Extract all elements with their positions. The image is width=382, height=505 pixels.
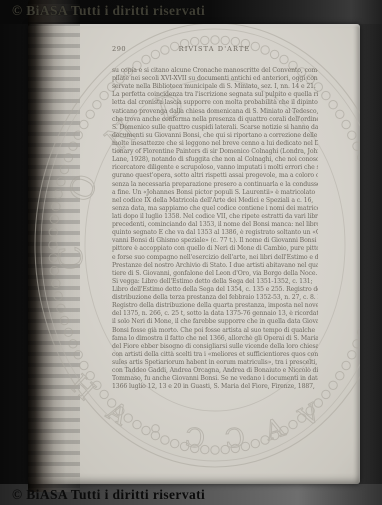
body-text-line: letta dal cronista lascia supporre con m… bbox=[112, 99, 318, 107]
stamp-letter: Ɔ bbox=[224, 423, 247, 455]
body-text-line: lati dopo il luglio 1358. Nel codice VII… bbox=[112, 213, 318, 221]
book-gutter-shadow bbox=[28, 0, 80, 492]
body-text-line: su copia e si citano alcune Cronache man… bbox=[112, 67, 318, 75]
body-text-line: quinto segnato E che va dal 1353 al 1386… bbox=[112, 229, 318, 237]
body-text-line: sules artis Spetiariorum habent in eorum… bbox=[112, 359, 318, 367]
body-text-line: che trova anche conferma nella presenza … bbox=[112, 116, 318, 124]
copyright-watermark-bottom: © BiASA Tutti i diritti riservati bbox=[12, 487, 205, 503]
body-text-line: Lane, 1928), notando di sfuggita che non… bbox=[112, 156, 318, 164]
body-text-line: a fine. Un «Johannes Bonsi pictor populi… bbox=[112, 189, 318, 197]
body-text-line: Tommaso, fu anche Giovanni Bonsi. Se ne … bbox=[112, 375, 318, 383]
body-text-line: La perfetta coincidenza tra l'iscrizione… bbox=[112, 91, 318, 99]
body-text-line: Si vegga: Libro dell'Estimo detto della … bbox=[112, 278, 318, 286]
body-text-line: senza la necessaria preparazione presero… bbox=[112, 181, 318, 189]
body-text-line: gurano quest'opera, sotto altri rispetti… bbox=[112, 172, 318, 180]
running-title: RIVISTA D'ARTE bbox=[112, 45, 317, 53]
stamp-letter: V bbox=[294, 398, 327, 434]
body-text-line: tiere di S. Giovanni, gonfalone del Leon… bbox=[112, 270, 318, 278]
body-text-line: Libro dell'Estimo detto della Sega del 1… bbox=[112, 286, 318, 294]
body-text-line: del Fiore ebber bisogno di consigliarsi … bbox=[112, 343, 318, 351]
body-text-line: molte inesattezze che si leggono nel bre… bbox=[112, 140, 318, 148]
page-header: 290 RIVISTA D'ARTE bbox=[112, 45, 317, 55]
body-text-line: Bonsi fosse già morto. Che poi fosse art… bbox=[112, 327, 318, 335]
body-text-line: fama lo dimostra il fatto che nel 1366, … bbox=[112, 335, 318, 343]
body-text-line: del 1375, n. 266, c. 25 t, sotto la data… bbox=[112, 310, 318, 318]
stamp-letter: Ɔ bbox=[184, 423, 207, 455]
body-text-line: il solo Neri di Mone, il che farebbe sup… bbox=[112, 318, 318, 326]
body-text-line: precedenti, cominciando dal 1353, il nom… bbox=[112, 221, 318, 229]
body-text-line: distribuzione della terza prestanza del … bbox=[112, 294, 318, 302]
body-text-line: pilate nei secoli XVI-XVII su documenti … bbox=[112, 75, 318, 83]
body-text-line: ricercatore diligente e scrupoloso, vann… bbox=[112, 164, 318, 172]
body-text-block: su copia e si citano alcune Cronache man… bbox=[112, 67, 318, 391]
body-text-line: con Taddeo Gaddi, Andrea Orcagna, Andrea… bbox=[112, 367, 318, 375]
book-page: C O N D H A • Ɔ Ɔ A V 290 RIVISTA D'ARTE… bbox=[28, 24, 360, 484]
scanned-book-page-view: { "watermarks": { "top": "© BiASA Tutti … bbox=[0, 0, 382, 505]
copyright-watermark-top: © BiASA Tutti i diritti riservati bbox=[12, 3, 205, 19]
stamp-letter: A bbox=[260, 412, 289, 447]
body-text-line: 1366 luglio 12, 13 e 20 in Guasti, S. Ma… bbox=[112, 383, 318, 391]
body-text-line: servate nella Biblioteca municipale di S… bbox=[112, 83, 318, 91]
body-text-line: Prestanze del nostro Archivio di Stato. … bbox=[112, 262, 318, 270]
stamp-letter: A bbox=[101, 396, 134, 432]
body-text-line: pittore è accoppiato con quello di Neri … bbox=[112, 245, 318, 253]
body-text-line: Registro della distribuzione della quart… bbox=[112, 302, 318, 310]
body-text-line: con artisti della città scelti tra i «me… bbox=[112, 351, 318, 359]
body-text-line: nel codice IX della Matricola dell'Arte … bbox=[112, 197, 318, 205]
body-text-line: e forse suo compagno nell'esercizio dell… bbox=[112, 254, 318, 262]
body-text-line: tionary of Florentine Painters di sir Do… bbox=[112, 148, 318, 156]
body-text-line: senza data, ma sappiamo che quel codice … bbox=[112, 205, 318, 213]
stamp-letter: • bbox=[143, 413, 167, 446]
body-text-line: vanni Bonsi di Ghismo speziale» (c. 77 t… bbox=[112, 237, 318, 245]
body-text-line: documenti su Giovanni Bonsi, che qui si … bbox=[112, 132, 318, 140]
body-text-line: vaticano provenga dalla chiesa domenican… bbox=[112, 108, 318, 116]
body-text-line: S. Domenico sulle quattro cuspidi latera… bbox=[112, 124, 318, 132]
